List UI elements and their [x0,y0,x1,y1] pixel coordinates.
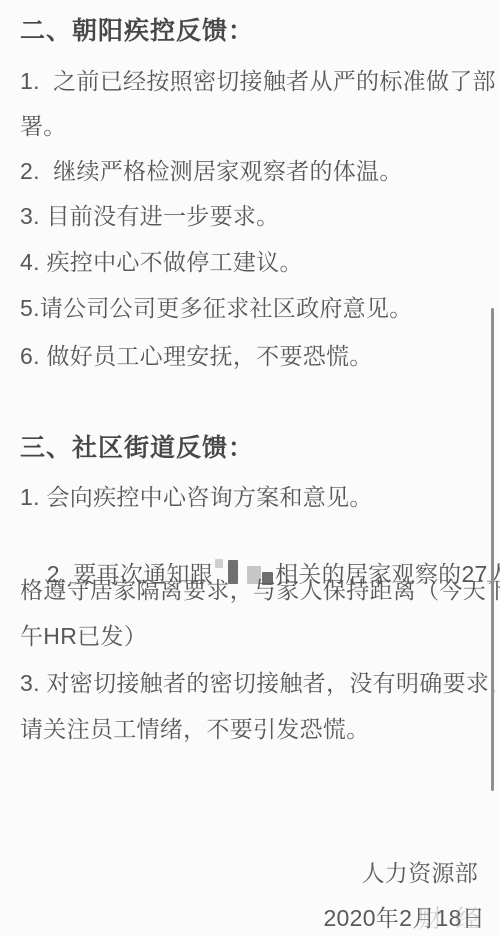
footer-date: 2020年2月18日 [323,903,485,933]
document-page: 二、朝阳疾控反馈： 1. 之前已经按照密切接触者从严的标准做了部 署。 2. 继… [0,0,500,936]
community-item-2-line-1: 2. 要再次通知跟相关的居家观察的27人，严 [20,529,500,619]
section-cdc-heading: 二、朝阳疾控反馈： [20,16,254,46]
community-item-3-line-1: 3. 对密切接触者的密切接触者，没有明确要求， [20,668,500,698]
mosaic-block [215,559,223,568]
cdc-item-5: 5.请公司公司更多征求社区政府意见。 [20,293,413,323]
cdc-item-1-line-1: 1. 之前已经按照密切接触者从严的标准做了部 [20,66,496,96]
community-item-1: 1. 会向疾控中心咨询方案和意见。 [20,482,373,512]
community-item-3-line-2: 请关注员工情绪，不要引发恐慌。 [20,714,370,744]
scrollbar-thumb[interactable] [491,308,494,791]
footer-department: 人力资源部 [362,858,479,888]
community-item-2-line-2: 格遵守居家隔离要求，与家人保持距离（今天下 [20,575,500,605]
community-item-2-line-3: 午HR已发） [20,621,147,651]
cdc-item-4: 4. 疾控中心不做停工建议。 [20,247,303,277]
cdc-item-3: 3. 目前没有进一步要求。 [20,201,279,231]
cdc-item-6: 6. 做好员工心理安抚，不要恐慌。 [20,341,373,371]
cdc-item-1-line-2: 署。 [20,111,67,141]
section-community-heading: 三、社区街道反馈： [20,433,254,463]
cdc-item-2: 2. 继续严格检测居家观察者的体温。 [20,156,403,186]
